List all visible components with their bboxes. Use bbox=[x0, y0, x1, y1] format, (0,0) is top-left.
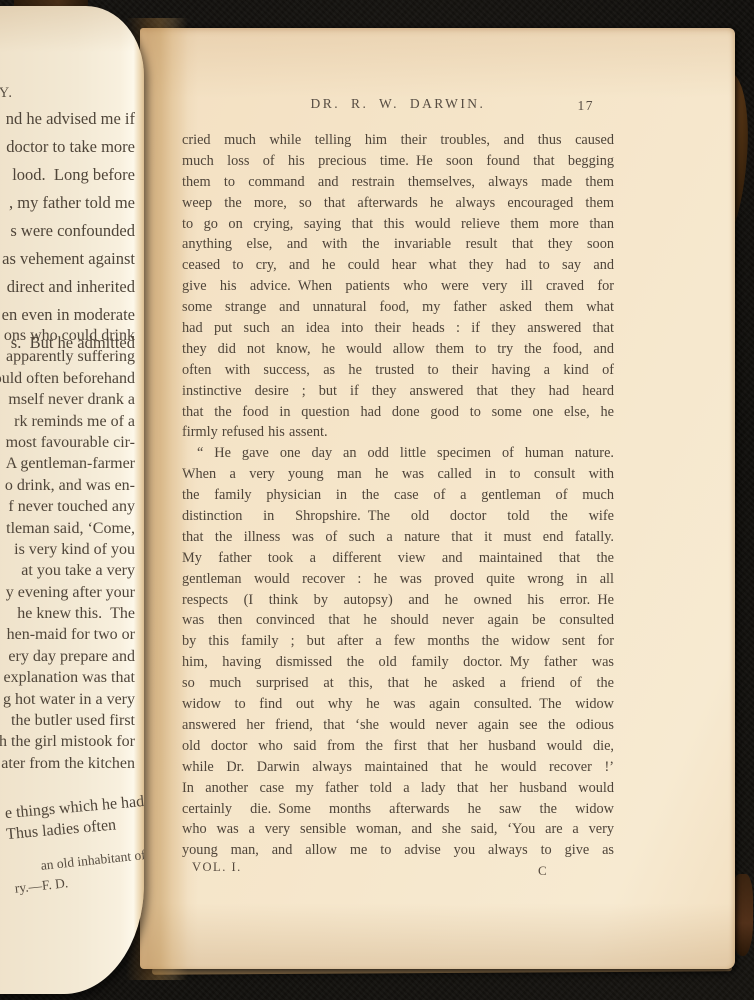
volume-label: VOL. I. bbox=[192, 860, 242, 875]
text-line: firmly refused his assent. bbox=[182, 422, 614, 443]
left-page-lines-after-break: e things which he hadThus ladies often bbox=[3, 792, 144, 845]
right-page-text-block: DR. R. W. DARWIN. 17 cried much while te… bbox=[182, 96, 614, 120]
text-line: rk reminds me of a bbox=[0, 411, 135, 432]
text-line: f never touched any bbox=[0, 496, 135, 517]
text-line: g hot water in a very bbox=[0, 689, 135, 710]
text-line: them to command and restrain themselves,… bbox=[182, 172, 614, 193]
text-line: cried much while telling him their troub… bbox=[182, 130, 614, 151]
running-header: DR. R. W. DARWIN. 17 bbox=[182, 96, 614, 120]
text-line: mself never drank a bbox=[0, 389, 135, 410]
left-page-header-fragment: Y. bbox=[0, 85, 13, 102]
text-line: respects (I think by autopsy) and he own… bbox=[182, 590, 614, 611]
signature-mark: C bbox=[538, 863, 547, 879]
text-line: h the girl mistook for bbox=[0, 731, 135, 752]
text-line: him, having dismissed the old family doc… bbox=[182, 652, 614, 673]
text-line: anything else, and with the invariable r… bbox=[182, 234, 614, 255]
text-line: doctor to take more bbox=[2, 133, 135, 161]
text-line: ry.—F. D. bbox=[14, 873, 69, 898]
text-line: explanation was that bbox=[0, 667, 135, 688]
text-line: ater from the kitchen bbox=[0, 753, 135, 774]
text-line: “ He gave one day an odd little specimen… bbox=[182, 443, 614, 464]
text-line: young man, and allow me to advise you al… bbox=[182, 840, 614, 861]
text-line: the butler used first bbox=[0, 710, 135, 731]
text-line: who was a very sensible woman, and she s… bbox=[182, 819, 614, 840]
text-line: tleman said, ‘Come, bbox=[0, 518, 135, 539]
text-line: by this family ; but after a few months … bbox=[182, 631, 614, 652]
text-line: most favourable cir- bbox=[0, 432, 135, 453]
text-line: A gentleman-farmer bbox=[0, 453, 135, 474]
text-line: that the illness was of such a nature th… bbox=[182, 527, 614, 548]
text-line: as vehement against bbox=[2, 245, 135, 273]
text-line: In another case my father told a lady th… bbox=[182, 778, 614, 799]
text-line: , my father told me bbox=[2, 189, 135, 217]
running-header-title: DR. R. W. DARWIN. bbox=[182, 96, 614, 112]
text-line: nd he advised me if bbox=[2, 105, 135, 133]
text-line: at you take a very bbox=[0, 560, 135, 581]
text-line: was then convinced that he should never … bbox=[182, 610, 614, 631]
text-line: hen-maid for two or bbox=[0, 624, 135, 645]
text-line: much loss of his precious time. He soon … bbox=[182, 151, 614, 172]
text-line: often with success, as he trusted to the… bbox=[182, 360, 614, 381]
text-line: direct and inherited bbox=[2, 273, 135, 301]
text-line: instinctive desire ; but if they answere… bbox=[182, 381, 614, 402]
right-page: DR. R. W. DARWIN. 17 cried much while te… bbox=[140, 28, 735, 969]
text-line: My father took a different view and main… bbox=[182, 548, 614, 569]
left-page-footnote: an old inhabitant ofry.—F. D. bbox=[12, 845, 144, 898]
text-line: o drink, and was en- bbox=[0, 475, 135, 496]
body-paragraph: “ He gave one day an odd little specimen… bbox=[182, 443, 614, 861]
left-page-lines-top: nd he advised me ifdoctor to take morelo… bbox=[2, 105, 135, 357]
text-line: distinction in Shropshire. The old docto… bbox=[182, 506, 614, 527]
text-line: apparently suffering bbox=[0, 346, 135, 367]
text-line: to go on crying, saying that this would … bbox=[182, 214, 614, 235]
text-line: so much surprised at this, that he asked… bbox=[182, 673, 614, 694]
text-line: had put such an idea into their heads : … bbox=[182, 318, 614, 339]
left-page: Y. nd he advised me ifdoctor to take mor… bbox=[0, 6, 144, 994]
text-line: he knew this. The bbox=[0, 603, 135, 624]
text-line: answered her friend, that ‘she would nev… bbox=[182, 715, 614, 736]
text-line: an old inhabitant of bbox=[12, 845, 144, 878]
text-line: the family physician in the case of a ge… bbox=[182, 485, 614, 506]
photo-background: DR. R. W. DARWIN. 17 cried much while te… bbox=[0, 0, 754, 1000]
text-line: ons who could drink bbox=[0, 325, 135, 346]
text-line: ceased to cry, and he could hear what th… bbox=[182, 255, 614, 276]
text-line: certainly die. Some months afterwards he… bbox=[182, 799, 614, 820]
text-line: s were confounded bbox=[2, 217, 135, 245]
page-number: 17 bbox=[578, 98, 595, 114]
text-line: weep the more, so that afterwards he alw… bbox=[182, 193, 614, 214]
left-page-lines-mid: ons who could drinkapparently sufferingo… bbox=[0, 325, 135, 774]
text-line: ery day prepare and bbox=[0, 646, 135, 667]
text-line: y evening after your bbox=[0, 582, 135, 603]
text-line: that the food in question had done good … bbox=[182, 402, 614, 423]
text-line: they did not know, he would allow them t… bbox=[182, 339, 614, 360]
text-line: When a very young man he was called in t… bbox=[182, 464, 614, 485]
text-line: widow to find out why he was again consu… bbox=[182, 694, 614, 715]
text-line: gentleman would recover : he was proved … bbox=[182, 569, 614, 590]
text-line: give his advice. When patients who were … bbox=[182, 276, 614, 297]
text-line: ould often beforehand bbox=[0, 368, 135, 389]
body-paragraph: cried much while telling him their troub… bbox=[182, 130, 614, 443]
right-page-body: cried much while telling him their troub… bbox=[182, 130, 614, 861]
text-line: some strange and unnatural food, my fath… bbox=[182, 297, 614, 318]
text-line: is very kind of you bbox=[0, 539, 135, 560]
text-line: lood. Long before bbox=[2, 161, 135, 189]
text-line: old doctor who said from the first that … bbox=[182, 736, 614, 757]
text-line: while Dr. Darwin always maintained that … bbox=[182, 757, 614, 778]
